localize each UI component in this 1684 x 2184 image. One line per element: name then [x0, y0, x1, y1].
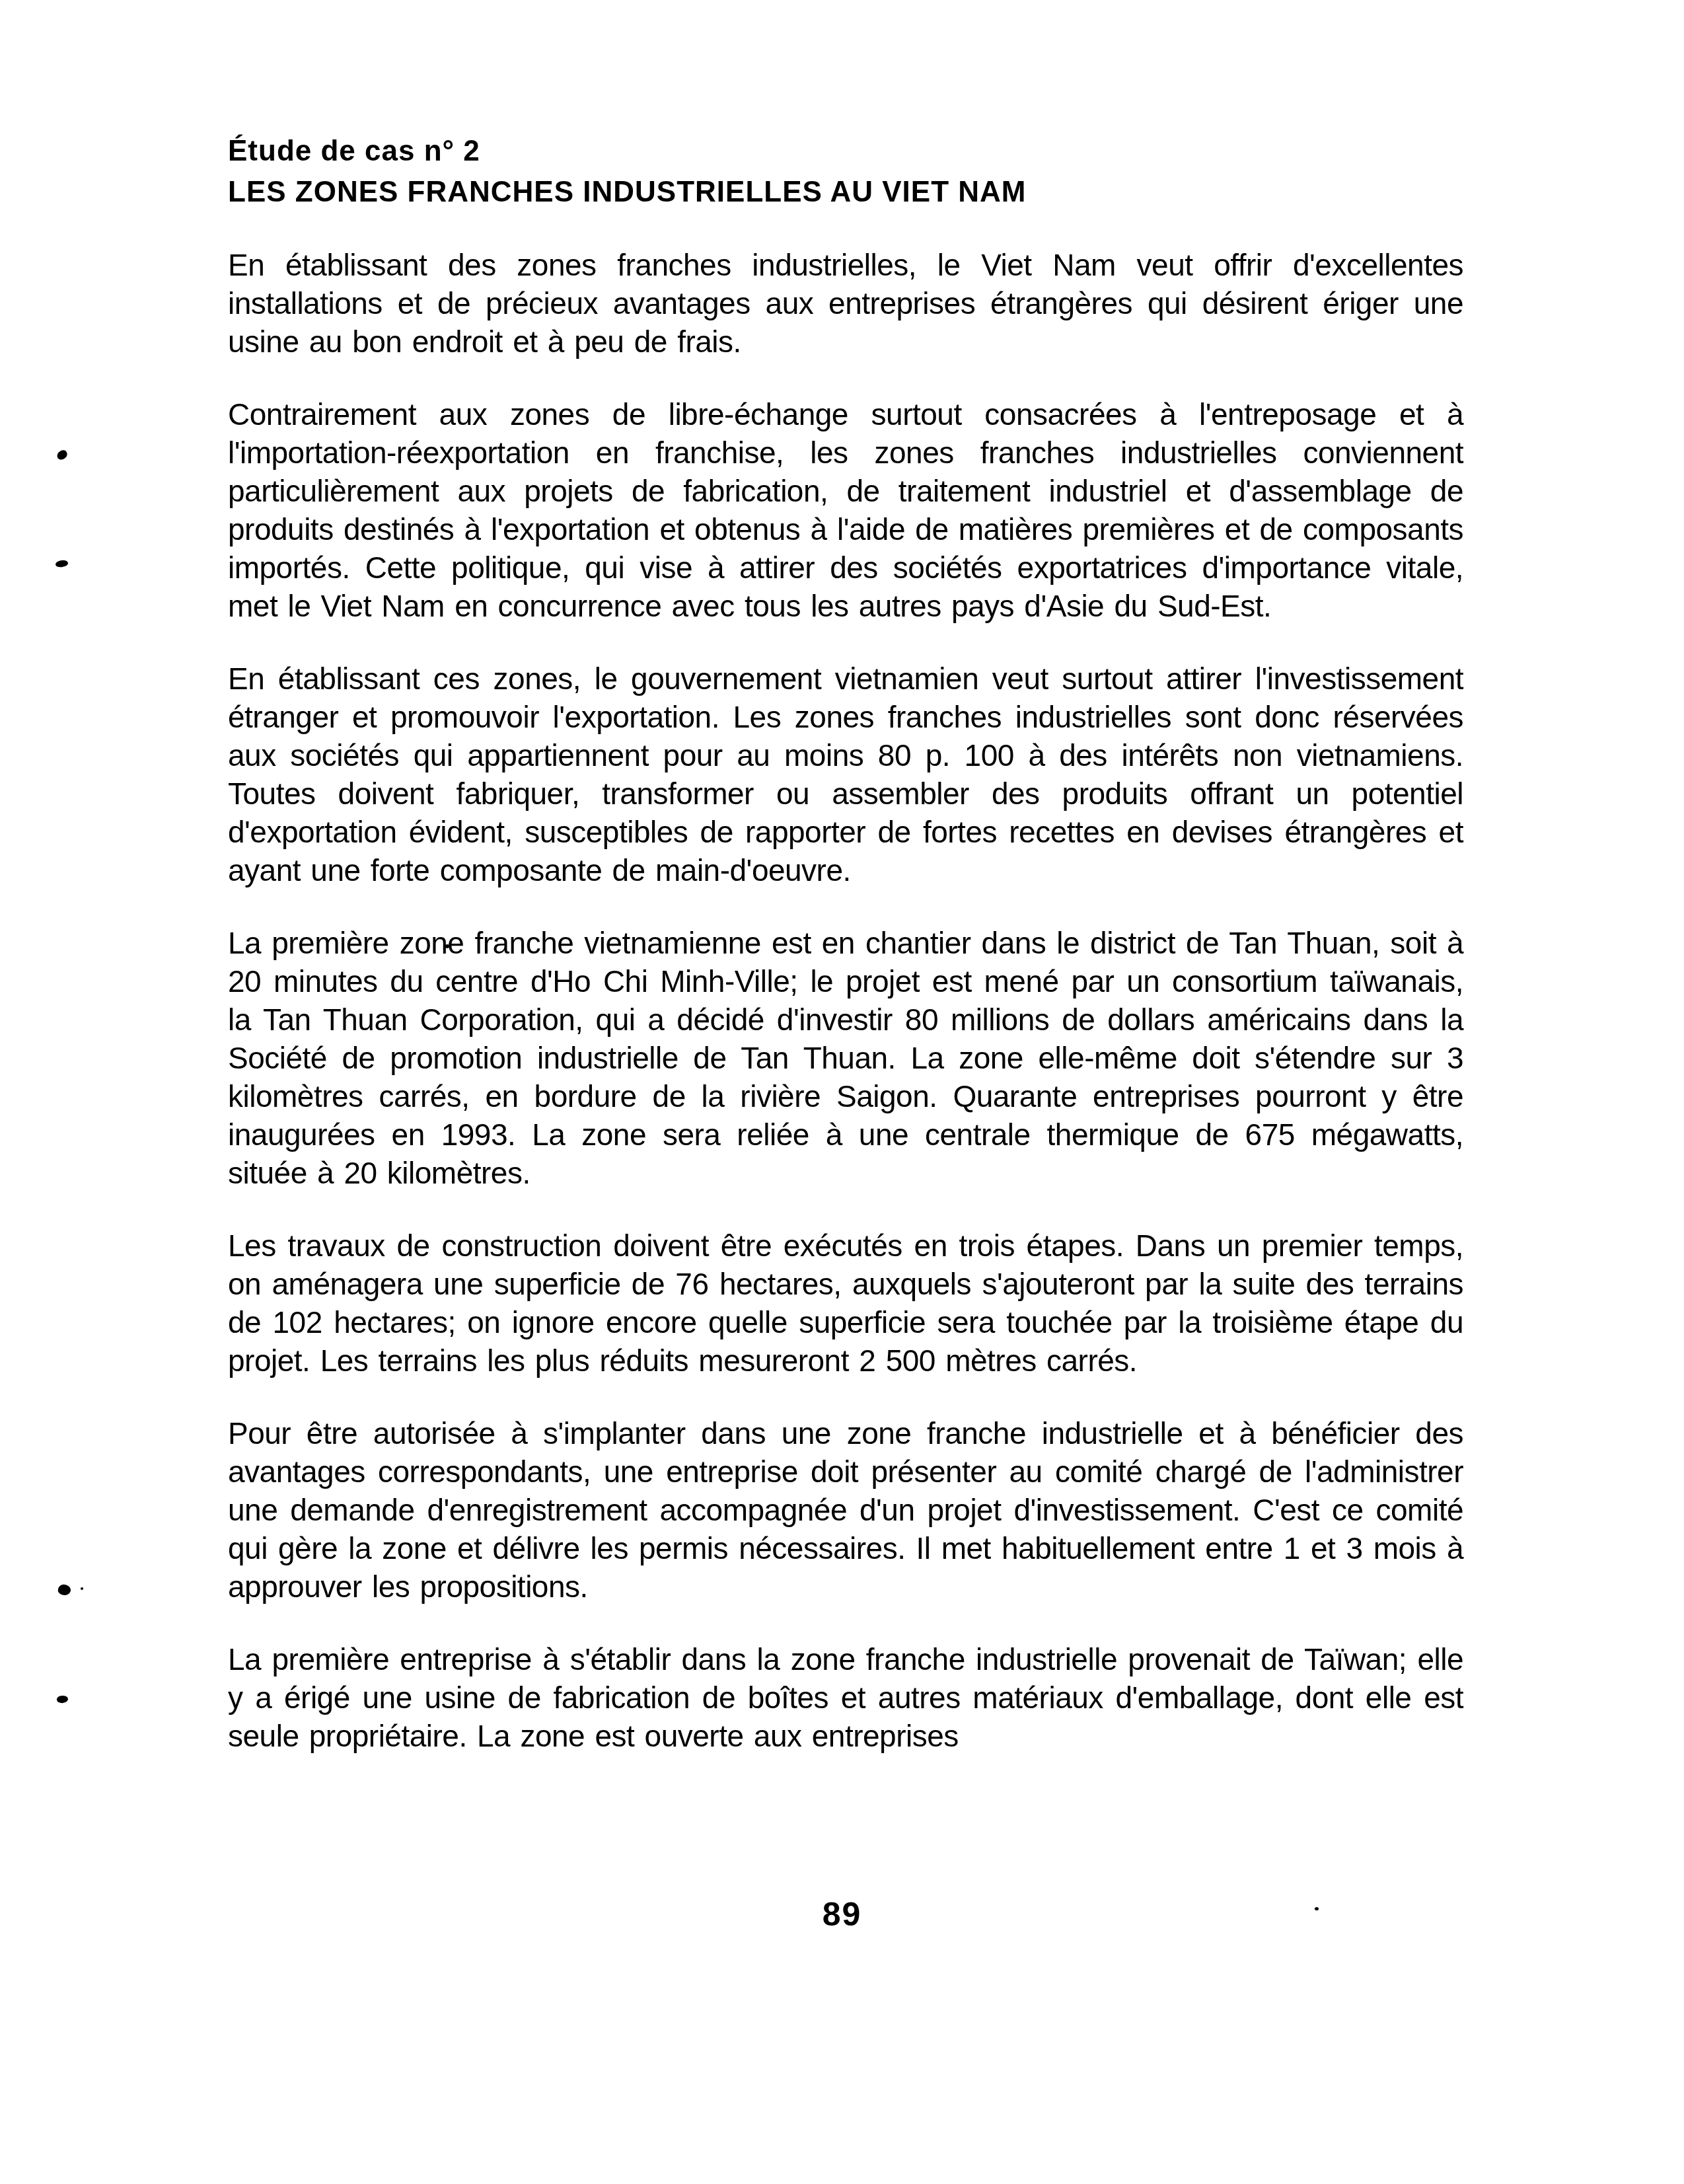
page-number: 89	[0, 1895, 1684, 1934]
ink-speck	[56, 1695, 69, 1704]
ink-speck	[81, 1587, 83, 1590]
ink-speck	[445, 944, 449, 948]
paragraph-2: Contrairement aux zones de libre-échange…	[228, 395, 1463, 625]
paragraph-7: La première entreprise à s'établir dans …	[228, 1640, 1463, 1755]
paragraph-5: Les travaux de construction doivent être…	[228, 1226, 1463, 1380]
document-heading: Étude de cas n° 2 LES ZONES FRANCHES IND…	[228, 131, 1463, 213]
paragraph-1: En établissant des zones franches indust…	[228, 246, 1463, 361]
paragraph-4: La première zone franche vietnamienne es…	[228, 924, 1463, 1192]
page-title: LES ZONES FRANCHES INDUSTRIELLES AU VIET…	[228, 172, 1463, 213]
paragraph-6: Pour être autorisée à s'implanter dans u…	[228, 1414, 1463, 1606]
paragraph-3: En établissant ces zones, le gouvernemen…	[228, 659, 1463, 889]
ink-speck	[57, 1583, 71, 1597]
ink-speck	[55, 559, 69, 568]
ink-speck	[1315, 1907, 1319, 1910]
scanned-document-page: { "page": { "title_line1": "Étude de cas…	[0, 0, 1684, 2184]
text-block: Étude de cas n° 2 LES ZONES FRANCHES IND…	[228, 131, 1463, 1789]
ink-speck	[55, 449, 69, 461]
case-study-label: Étude de cas n° 2	[228, 131, 1463, 172]
